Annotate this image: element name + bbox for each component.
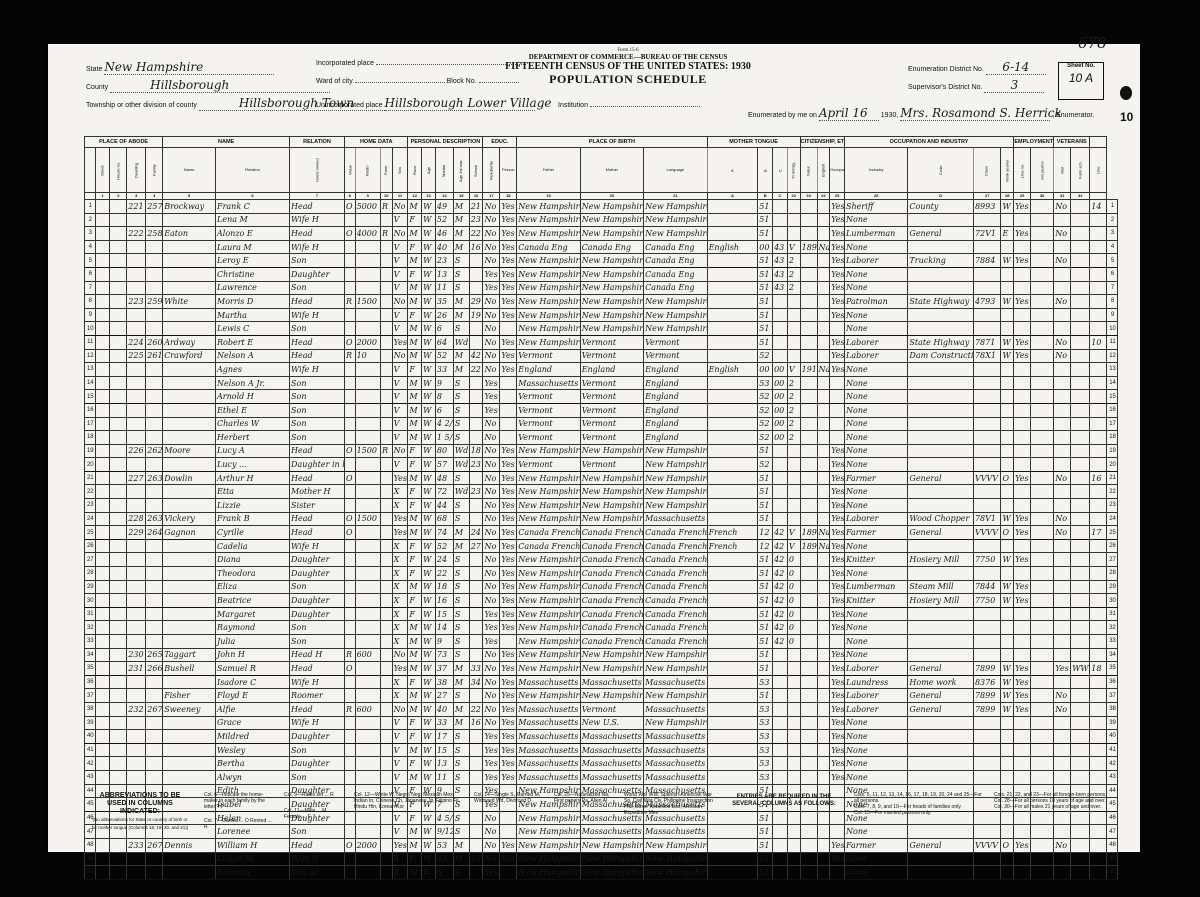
cell-fs xyxy=(1090,594,1107,608)
cell-radio xyxy=(380,607,392,621)
cell-own xyxy=(345,594,356,608)
cell-c: 2 xyxy=(787,431,800,445)
cell-own xyxy=(345,757,356,771)
cell-mar: M xyxy=(453,539,469,553)
cell-eng xyxy=(830,431,845,445)
cell-fs xyxy=(1090,267,1107,281)
cell-fs xyxy=(1090,852,1107,866)
cell-age: 64 xyxy=(435,335,453,349)
cell-bp: New Hampshire xyxy=(517,594,580,608)
cell-sur xyxy=(163,675,216,689)
cell-dw xyxy=(127,363,146,377)
cell-fs xyxy=(1090,675,1107,689)
cell-blank xyxy=(1031,267,1054,281)
cell-occ: None xyxy=(845,322,908,336)
cell-sch: No xyxy=(483,567,500,581)
cell-fam: 267 xyxy=(146,838,163,852)
cell-fam: 258 xyxy=(146,227,163,241)
cell-rel: Son xyxy=(290,635,345,649)
cell-farm: V xyxy=(392,458,408,472)
cell-blank xyxy=(110,335,127,349)
cell-yi xyxy=(800,403,817,417)
cell-radio xyxy=(380,567,392,581)
col-header-line xyxy=(85,148,96,193)
cell-cls xyxy=(1001,770,1014,784)
cell-given: Lucy A xyxy=(216,444,290,458)
cell-mar: S xyxy=(453,567,469,581)
cell-val xyxy=(355,458,380,472)
cell-fs xyxy=(1090,838,1107,852)
cell-a: 51 xyxy=(758,635,773,649)
cell-bp: England xyxy=(517,363,580,377)
cell-given: Samuel R xyxy=(216,662,290,676)
cell-fam xyxy=(146,322,163,336)
cell-wk xyxy=(1014,567,1031,581)
cell-lang xyxy=(707,852,758,866)
cell-ind xyxy=(908,621,974,635)
cell-mar: S xyxy=(453,580,469,594)
cell-fs xyxy=(1090,458,1107,472)
line-number: 39 xyxy=(85,716,96,730)
cell-ind: Hosiery Mill xyxy=(908,594,974,608)
cell-fam: 259 xyxy=(146,295,163,309)
cell-war xyxy=(1071,240,1090,254)
cell-sur xyxy=(163,431,216,445)
cell-yi: 1914 xyxy=(800,363,817,377)
cell-sex: F xyxy=(408,213,422,227)
cell-fam: 266 xyxy=(146,662,163,676)
cell-race: W xyxy=(422,444,436,458)
cell-rw: Yes xyxy=(500,662,517,676)
group-education: EDUC. xyxy=(483,137,517,148)
cell-cls: W xyxy=(1001,580,1014,594)
cell-nat xyxy=(817,648,830,662)
cell-b: 43 xyxy=(773,240,788,254)
cell-b xyxy=(773,227,788,241)
table-row: 22EttaMother HXFW72Wd23NoYesNew Hampshir… xyxy=(85,485,1118,499)
cell-cls xyxy=(1001,376,1014,390)
cell-eng: Yes xyxy=(830,240,845,254)
cell-cls xyxy=(1001,308,1014,322)
cell-age: 53 xyxy=(435,838,453,852)
cell-blank xyxy=(110,349,127,363)
cell-am xyxy=(469,770,483,784)
cell-blank xyxy=(95,866,110,880)
cell-farm: X xyxy=(392,607,408,621)
cell-sch: No xyxy=(483,349,500,363)
cell-fam: 264 xyxy=(146,526,163,540)
cell-c: 0 xyxy=(787,567,800,581)
cell-blank xyxy=(1031,349,1054,363)
col-header: Natur. xyxy=(800,148,817,193)
cell-blank xyxy=(95,852,110,866)
cell-vet: No xyxy=(1054,227,1071,241)
cell-lang xyxy=(707,662,758,676)
col-number: 1 xyxy=(95,193,110,200)
cell-lang xyxy=(707,499,758,513)
cell-own xyxy=(345,499,356,513)
cell-fbp: New Hampshire xyxy=(580,662,643,676)
cell-yi xyxy=(800,689,817,703)
cell-eng: Yes xyxy=(830,526,845,540)
cell-c xyxy=(787,471,800,485)
cell-fam: 257 xyxy=(146,200,163,214)
cell-age: 40 xyxy=(435,702,453,716)
cell-sch: No xyxy=(483,702,500,716)
cell-dw xyxy=(127,607,146,621)
cell-sex: F xyxy=(408,757,422,771)
cell-blank xyxy=(95,838,110,852)
cell-farm: Yes xyxy=(392,471,408,485)
cell-wk: Yes xyxy=(1014,295,1031,309)
margin-number: 10 xyxy=(1120,110,1133,124)
cell-yi xyxy=(800,200,817,214)
cell-code: 4793 xyxy=(973,295,1000,309)
cell-fbp: Vermont xyxy=(580,390,643,404)
table-row: 18HerbertSonVMW1 5/12SNoVermontVermontEn… xyxy=(85,431,1118,445)
cell-mar: S xyxy=(453,635,469,649)
cell-war xyxy=(1071,512,1090,526)
cell-rel: Head xyxy=(290,662,345,676)
cell-rw: Yes xyxy=(500,675,517,689)
cell-fam xyxy=(146,539,163,553)
cell-cls: W xyxy=(1001,295,1014,309)
cell-am xyxy=(469,403,483,417)
cell-sex: F xyxy=(408,267,422,281)
cell-c: V xyxy=(787,240,800,254)
cell-occ: None xyxy=(845,716,908,730)
cell-wk: Yes xyxy=(1014,553,1031,567)
cell-ind: General xyxy=(908,471,974,485)
cell-yi: 1890 xyxy=(800,526,817,540)
col-number: 2 xyxy=(110,193,127,200)
cell-rw xyxy=(500,376,517,390)
cell-age: 16 xyxy=(435,594,453,608)
cell-rw: Yes xyxy=(500,267,517,281)
cell-mar: M xyxy=(453,200,469,214)
cell-blank xyxy=(1031,635,1054,649)
cell-sur xyxy=(163,213,216,227)
cell-wk xyxy=(1014,376,1031,390)
cell-bp: New Hampshire xyxy=(517,444,580,458)
cell-val xyxy=(355,716,380,730)
cell-fs: 17 xyxy=(1090,526,1107,540)
cell-nat xyxy=(817,349,830,363)
cell-fbp: New Hampshire xyxy=(580,485,643,499)
cell-cls xyxy=(1001,431,1014,445)
col-header: Language xyxy=(644,148,707,193)
cell-fs xyxy=(1090,349,1107,363)
cell-rw: Yes xyxy=(500,444,517,458)
line-number: 2 xyxy=(1107,213,1118,227)
cell-mbp: England xyxy=(644,390,707,404)
cell-occ: None xyxy=(845,267,908,281)
cell-occ: None xyxy=(845,648,908,662)
line-number: 27 xyxy=(1107,553,1118,567)
cell-rel: Son xyxy=(290,403,345,417)
cell-b xyxy=(773,702,788,716)
unincorporated-label: Unincorporated place xyxy=(316,102,383,109)
cell-given: Alwyn xyxy=(216,770,290,784)
cell-cls xyxy=(1001,743,1014,757)
cell-blank xyxy=(1031,499,1054,513)
table-row: 38232267SweeneyAlfieHeadR600NoMW40M22NoY… xyxy=(85,702,1118,716)
cell-occ: Laborer xyxy=(845,702,908,716)
cell-yi xyxy=(800,267,817,281)
cell-nat xyxy=(817,770,830,784)
cell-radio xyxy=(380,471,392,485)
cell-ind xyxy=(908,390,974,404)
cell-war xyxy=(1071,730,1090,744)
cell-war xyxy=(1071,227,1090,241)
cell-nat xyxy=(817,866,830,880)
cell-sex: M xyxy=(408,526,422,540)
cell-sch: No xyxy=(483,580,500,594)
cell-eng xyxy=(830,635,845,649)
cell-val xyxy=(355,743,380,757)
cell-bp: New Hampshire xyxy=(517,689,580,703)
cell-rw: Yes xyxy=(500,363,517,377)
cell-blank xyxy=(95,499,110,513)
cell-radio xyxy=(380,335,392,349)
cell-rel: Head xyxy=(290,471,345,485)
cell-dw xyxy=(127,621,146,635)
sheet-number-box: Sheet No. 10 A xyxy=(1058,62,1104,100)
cell-eng xyxy=(830,403,845,417)
line-number: 50 xyxy=(85,866,96,880)
cell-sch: No xyxy=(483,553,500,567)
cell-sch: No xyxy=(483,648,500,662)
cell-blank xyxy=(95,335,110,349)
cell-nat xyxy=(817,512,830,526)
cell-war xyxy=(1071,390,1090,404)
cell-b xyxy=(773,512,788,526)
cell-fam xyxy=(146,281,163,295)
cell-eng: Yes xyxy=(830,295,845,309)
cell-blank xyxy=(95,539,110,553)
cell-own xyxy=(345,403,356,417)
cell-blank xyxy=(95,458,110,472)
cell-cls xyxy=(1001,648,1014,662)
township-label: Township or other division of county xyxy=(86,102,197,109)
cell-radio xyxy=(380,267,392,281)
cell-mbp: Canada French xyxy=(644,526,707,540)
cell-vet: No xyxy=(1054,349,1071,363)
cell-occ: None xyxy=(845,363,908,377)
cell-sch: No xyxy=(483,363,500,377)
cell-ind: Dam Construction xyxy=(908,349,974,363)
cell-eng: Yes xyxy=(830,675,845,689)
cell-b xyxy=(773,335,788,349)
cell-eng xyxy=(830,376,845,390)
line-number: 41 xyxy=(85,743,96,757)
line-number: 13 xyxy=(85,363,96,377)
cell-rw: Yes xyxy=(500,702,517,716)
cell-occ: None xyxy=(845,730,908,744)
cell-bp: New Hampshire xyxy=(517,662,580,676)
cell-c: V xyxy=(787,363,800,377)
line-number: 35 xyxy=(85,662,96,676)
column-headers: StreetHouse no.DwellingFamilyNameRelatio… xyxy=(85,148,1118,193)
cell-a: 53 xyxy=(758,730,773,744)
cell-nat: Na xyxy=(817,363,830,377)
cell-blank xyxy=(95,390,110,404)
col-number-line xyxy=(85,193,96,200)
line-number: 7 xyxy=(1107,281,1118,295)
cell-occ: None xyxy=(845,485,908,499)
cell-sur: Crawford xyxy=(163,349,216,363)
cell-war xyxy=(1071,485,1090,499)
col-header: House no. xyxy=(110,148,127,193)
line-number: 13 xyxy=(1107,363,1118,377)
cell-lang xyxy=(707,675,758,689)
cell-a: 51 xyxy=(758,607,773,621)
cell-bp: Massachusetts xyxy=(517,743,580,757)
cell-mar: S xyxy=(453,281,469,295)
cell-sex: F xyxy=(408,499,422,513)
cell-war xyxy=(1071,335,1090,349)
cell-blank xyxy=(1031,431,1054,445)
cell-war xyxy=(1071,580,1090,594)
cell-occ: Farmer xyxy=(845,526,908,540)
cell-am: 22 xyxy=(469,363,483,377)
cell-b xyxy=(773,458,788,472)
cell-wk xyxy=(1014,444,1031,458)
cell-a: 51 xyxy=(758,335,773,349)
cell-ind xyxy=(908,322,974,336)
cell-val xyxy=(355,757,380,771)
cell-b: 00 xyxy=(773,390,788,404)
cell-wk: Yes xyxy=(1014,512,1031,526)
col-number: 6 xyxy=(216,193,290,200)
cell-rel: Son xyxy=(290,322,345,336)
cell-am: 22 xyxy=(469,702,483,716)
cell-rel: Head xyxy=(290,526,345,540)
cell-am xyxy=(469,267,483,281)
cell-am xyxy=(469,648,483,662)
line-number: 36 xyxy=(85,675,96,689)
cell-ind xyxy=(908,485,974,499)
cell-sur: Bushell xyxy=(163,662,216,676)
cell-sur xyxy=(163,743,216,757)
line-number: 38 xyxy=(1107,702,1118,716)
cell-age: 24 xyxy=(435,553,453,567)
cell-sur xyxy=(163,240,216,254)
cell-fam xyxy=(146,254,163,268)
line-number: 37 xyxy=(1107,689,1118,703)
cell-age: 40 xyxy=(435,240,453,254)
cell-yi xyxy=(800,376,817,390)
cell-rw xyxy=(500,322,517,336)
cell-fs xyxy=(1090,770,1107,784)
cell-race: W xyxy=(422,403,436,417)
cell-given: Lawrence xyxy=(216,281,290,295)
cell-blank xyxy=(95,635,110,649)
cell-race: W xyxy=(422,512,436,526)
cell-radio xyxy=(380,431,392,445)
cell-nat xyxy=(817,322,830,336)
cell-sur xyxy=(163,621,216,635)
cell-radio xyxy=(380,689,392,703)
cell-a: 53 xyxy=(758,675,773,689)
cell-race: W xyxy=(422,485,436,499)
enumerated-year: 1930, xyxy=(881,112,899,119)
line-number: 1 xyxy=(1107,200,1118,214)
req-1: Cols. 5, 11, 12, 13, 14, 16, 17, 18, 19,… xyxy=(854,792,984,804)
footer-col25: Col. 25—Naturalized Na, First papers Pa,… xyxy=(554,792,614,804)
population-schedule-table: PLACE OF ABODE NAME RELATION HOME DATA P… xyxy=(84,136,1118,880)
cell-am xyxy=(469,689,483,703)
abbr-note: (No abbreviations for State or country o… xyxy=(90,816,190,832)
cell-race: W xyxy=(422,431,436,445)
table-body: 1221257BrockwayFrank CHeadO5000RNoMW49M2… xyxy=(85,200,1118,880)
cell-am: 29 xyxy=(469,295,483,309)
cell-wk xyxy=(1014,716,1031,730)
cell-am: 16 xyxy=(469,716,483,730)
cell-dw: 229 xyxy=(127,526,146,540)
cell-a: 51 xyxy=(758,213,773,227)
cell-radio xyxy=(380,376,392,390)
line-number: 23 xyxy=(1107,499,1118,513)
cell-age: 13 xyxy=(435,267,453,281)
line-number: 49 xyxy=(85,852,96,866)
line-number: 4 xyxy=(1107,240,1118,254)
cell-am xyxy=(469,838,483,852)
col-header: Occupation xyxy=(830,148,845,193)
cell-blank xyxy=(95,580,110,594)
cell-farm: X xyxy=(392,499,408,513)
cell-sur xyxy=(163,716,216,730)
cell-yi xyxy=(800,580,817,594)
cell-lang xyxy=(707,689,758,703)
cell-rel: Daughter xyxy=(290,594,345,608)
cell-sex: F xyxy=(408,716,422,730)
cell-mar: S xyxy=(453,254,469,268)
cell-b: 42 xyxy=(773,580,788,594)
cell-own xyxy=(345,635,356,649)
cell-nat xyxy=(817,471,830,485)
cell-bp: New Hampshire xyxy=(517,200,580,214)
cell-dw xyxy=(127,743,146,757)
cell-rw: Yes xyxy=(500,335,517,349)
line-number: 40 xyxy=(85,730,96,744)
cell-given: Cadelia xyxy=(216,539,290,553)
cell-sex: M xyxy=(408,417,422,431)
cell-sur xyxy=(163,635,216,649)
cell-fbp: Canada French xyxy=(580,539,643,553)
cell-c xyxy=(787,335,800,349)
cell-c xyxy=(787,349,800,363)
cell-val xyxy=(355,866,380,880)
cell-am: 23 xyxy=(469,458,483,472)
line-number: 33 xyxy=(85,635,96,649)
cell-fbp: Vermont xyxy=(580,431,643,445)
cell-code xyxy=(973,716,1000,730)
cell-mar: Wd xyxy=(453,335,469,349)
cell-lang xyxy=(707,743,758,757)
cell-fbp: New Hampshire xyxy=(580,200,643,214)
cell-war xyxy=(1071,267,1090,281)
cell-wk: Yes xyxy=(1014,227,1031,241)
cell-ind: General xyxy=(908,526,974,540)
cell-fs xyxy=(1090,322,1107,336)
cell-yi xyxy=(800,852,817,866)
cell-sch: No xyxy=(483,213,500,227)
cell-bp: New Hampshire xyxy=(517,267,580,281)
cell-code: 7899 xyxy=(973,689,1000,703)
cell-b: 42 xyxy=(773,594,788,608)
cell-occ: None xyxy=(845,743,908,757)
